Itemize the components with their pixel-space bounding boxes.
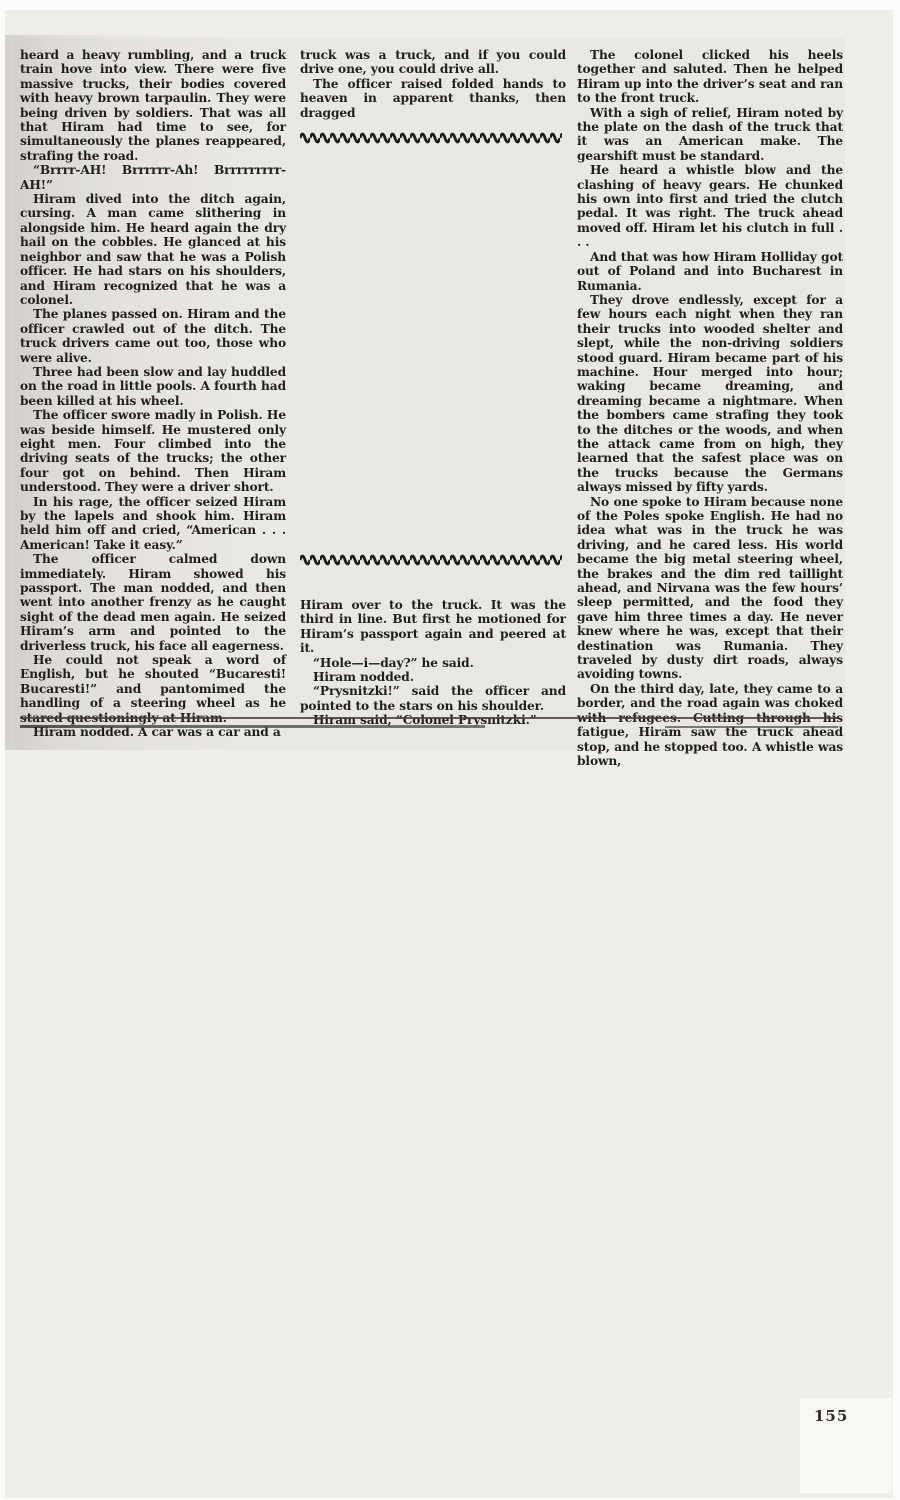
paragraph: He heard a whistle blow and the clashing… xyxy=(577,163,843,249)
paragraph: He could not speak a word of English, bu… xyxy=(20,653,286,725)
paragraph: The officer swore madly in Polish. He wa… xyxy=(20,408,286,494)
page-number-patch: 155 xyxy=(800,1398,892,1493)
paragraph: Three had been slow and lay huddled on t… xyxy=(20,365,286,408)
paragraph: “Brrrr-AH! Brrrrrr-Ah! Brrrrrrrrr-AH!” xyxy=(20,163,286,192)
paragraph: The officer calmed down immediately. Hir… xyxy=(20,552,286,653)
paragraph: And that was how Hiram Holliday got out … xyxy=(577,250,843,293)
paragraph: The colonel clicked his heels together a… xyxy=(577,48,843,106)
squiggle-divider-top xyxy=(300,130,562,146)
paragraph: With a sigh of relief, Hiram noted by th… xyxy=(577,106,843,164)
paragraph: truck was a truck, and if you could driv… xyxy=(300,48,566,77)
text-column-1: heard a heavy rumbling, and a truck trai… xyxy=(20,48,286,740)
page-number: 155 xyxy=(814,1407,848,1425)
bottom-rule-upper xyxy=(20,717,838,719)
paragraph: Hiram over to the truck. It was the thir… xyxy=(300,598,566,656)
text-column-2-top: truck was a truck, and if you could driv… xyxy=(300,48,566,120)
paragraph: heard a heavy rumbling, and a truck trai… xyxy=(20,48,286,163)
paragraph: In his rage, the officer seized Hiram by… xyxy=(20,495,286,553)
squiggle-divider-bottom xyxy=(300,552,562,568)
bottom-rule-lower-left xyxy=(20,725,485,728)
book-page: heard a heavy rumbling, and a truck trai… xyxy=(5,10,893,1498)
text-column-2-bottom: Hiram over to the truck. It was the thir… xyxy=(300,598,566,728)
paragraph: Hiram nodded. xyxy=(300,670,566,684)
paragraph: The planes passed on. Hiram and the offi… xyxy=(20,307,286,365)
paragraph: They drove endlessly, except for a few h… xyxy=(577,293,843,495)
bottom-rule-lower-right xyxy=(665,726,838,728)
paragraph: Hiram dived into the ditch again, cursin… xyxy=(20,192,286,307)
text-column-3: The colonel clicked his heels together a… xyxy=(577,48,843,768)
paragraph: “Prysnitzki!” said the officer and point… xyxy=(300,684,566,713)
paragraph: The officer raised folded hands to heave… xyxy=(300,77,566,120)
paragraph: No one spoke to Hiram because none of th… xyxy=(577,495,843,682)
paragraph: “Hole—i—day?” he said. xyxy=(300,656,566,670)
